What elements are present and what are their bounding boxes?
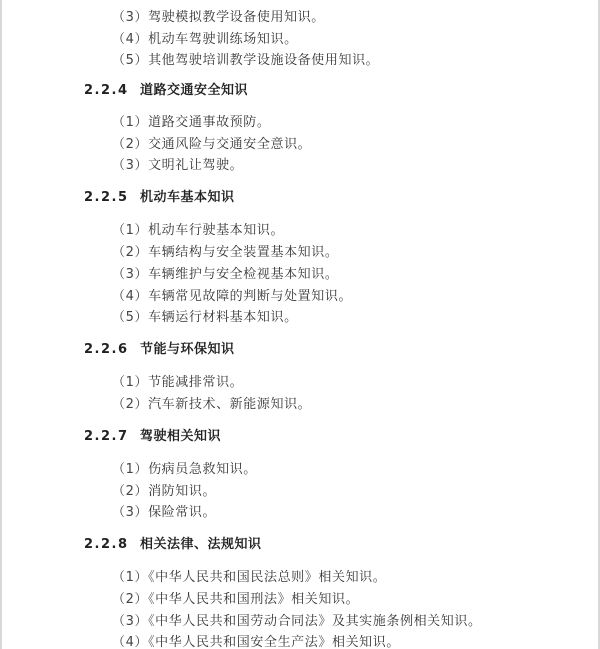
item-text: 车辆运行材料基本知识。 — [148, 310, 298, 325]
section-heading: 2.2.8相关法律、法规知识 — [84, 533, 262, 552]
list-item: （1）道路交通事故预防。 — [112, 111, 270, 130]
item-index: （1） — [112, 462, 148, 477]
section-title: 道路交通安全知识 — [140, 83, 248, 98]
item-text: 道路交通事故预防。 — [148, 115, 270, 130]
section-number: 2.2.4 — [84, 83, 140, 98]
section-title: 相关法律、法规知识 — [140, 537, 262, 552]
section-number: 2.2.6 — [84, 342, 140, 357]
item-index: （3） — [112, 505, 148, 520]
list-item: （3）文明礼让驾驶。 — [112, 154, 243, 173]
list-item: （2）交通风险与交通安全意识。 — [112, 133, 311, 152]
item-index: （2） — [112, 245, 148, 260]
item-text: 其他驾驶培训教学设施设备使用知识。 — [148, 53, 379, 68]
item-text: 消防知识。 — [148, 484, 216, 499]
item-index: （1） — [112, 375, 148, 390]
item-index: （2） — [112, 397, 148, 412]
item-index: （3） — [112, 10, 148, 25]
section-heading: 2.2.6节能与环保知识 — [84, 338, 235, 357]
item-index: （1） — [112, 570, 148, 585]
item-text: 车辆常见故障的判断与处置知识。 — [148, 289, 352, 304]
list-item: （1）机动车行驶基本知识。 — [112, 219, 284, 238]
item-index: （2） — [112, 484, 148, 499]
item-index: （4） — [112, 635, 148, 649]
item-text: 《中华人民共和国劳动合同法》及其实施条例相关知识。 — [148, 614, 482, 629]
item-index: （1） — [112, 115, 148, 130]
item-text: 伤病员急救知识。 — [148, 462, 257, 477]
item-text: 车辆维护与安全检视基本知识。 — [148, 267, 338, 282]
item-text: 机动车驾驶训练场知识。 — [148, 32, 298, 47]
item-text: 交通风险与交通安全意识。 — [148, 137, 311, 152]
item-text: 驾驶模拟教学设备使用知识。 — [148, 10, 325, 25]
section-heading: 2.2.5机动车基本知识 — [84, 186, 235, 205]
item-text: 文明礼让驾驶。 — [148, 158, 243, 173]
item-text: 《中华人民共和国民法总则》相关知识。 — [148, 570, 386, 585]
item-index: （4） — [112, 32, 148, 47]
item-index: （2） — [112, 137, 148, 152]
list-item: （3）《中华人民共和国劳动合同法》及其实施条例相关知识。 — [112, 610, 482, 629]
section-heading: 2.2.4道路交通安全知识 — [84, 79, 248, 98]
item-index: （5） — [112, 53, 148, 68]
list-item: （2）《中华人民共和国刑法》相关知识。 — [112, 588, 359, 607]
list-item: （2）车辆结构与安全装置基本知识。 — [112, 241, 338, 260]
list-item: （5）其他驾驶培训教学设施设备使用知识。 — [112, 49, 379, 68]
document-page: （3）驾驶模拟教学设备使用知识。 （4）机动车驾驶训练场知识。 （5）其他驾驶培… — [0, 0, 600, 649]
list-item: （5）车辆运行材料基本知识。 — [112, 306, 298, 325]
section-title: 节能与环保知识 — [140, 342, 235, 357]
list-item: （2）消防知识。 — [112, 480, 216, 499]
item-text: 《中华人民共和国安全生产法》相关知识。 — [148, 635, 400, 649]
list-item: （1）节能减排常识。 — [112, 371, 243, 390]
item-text: 保险常识。 — [148, 505, 216, 520]
section-number: 2.2.5 — [84, 190, 140, 205]
item-text: 汽车新技术、新能源知识。 — [148, 397, 311, 412]
item-text: 《中华人民共和国刑法》相关知识。 — [148, 592, 359, 607]
list-item: （4）机动车驾驶训练场知识。 — [112, 28, 298, 47]
list-item: （4）《中华人民共和国安全生产法》相关知识。 — [112, 631, 400, 649]
item-index: （3） — [112, 614, 148, 629]
item-text: 车辆结构与安全装置基本知识。 — [148, 245, 338, 260]
item-text: 机动车行驶基本知识。 — [148, 223, 284, 238]
list-item: （1）《中华人民共和国民法总则》相关知识。 — [112, 566, 386, 585]
item-index: （2） — [112, 592, 148, 607]
item-index: （5） — [112, 310, 148, 325]
list-item: （1）伤病员急救知识。 — [112, 458, 257, 477]
section-number: 2.2.7 — [84, 429, 140, 444]
item-index: （4） — [112, 289, 148, 304]
list-item: （2）汽车新技术、新能源知识。 — [112, 393, 311, 412]
list-item: （3）车辆维护与安全检视基本知识。 — [112, 263, 338, 282]
section-heading: 2.2.7驾驶相关知识 — [84, 425, 221, 444]
section-title: 驾驶相关知识 — [140, 429, 221, 444]
list-item: （3）驾驶模拟教学设备使用知识。 — [112, 6, 325, 25]
list-item: （4）车辆常见故障的判断与处置知识。 — [112, 285, 352, 304]
item-text: 节能减排常识。 — [148, 375, 243, 390]
list-item: （3）保险常识。 — [112, 501, 216, 520]
item-index: （1） — [112, 223, 148, 238]
section-title: 机动车基本知识 — [140, 190, 235, 205]
section-number: 2.2.8 — [84, 537, 140, 552]
item-index: （3） — [112, 158, 148, 173]
item-index: （3） — [112, 267, 148, 282]
